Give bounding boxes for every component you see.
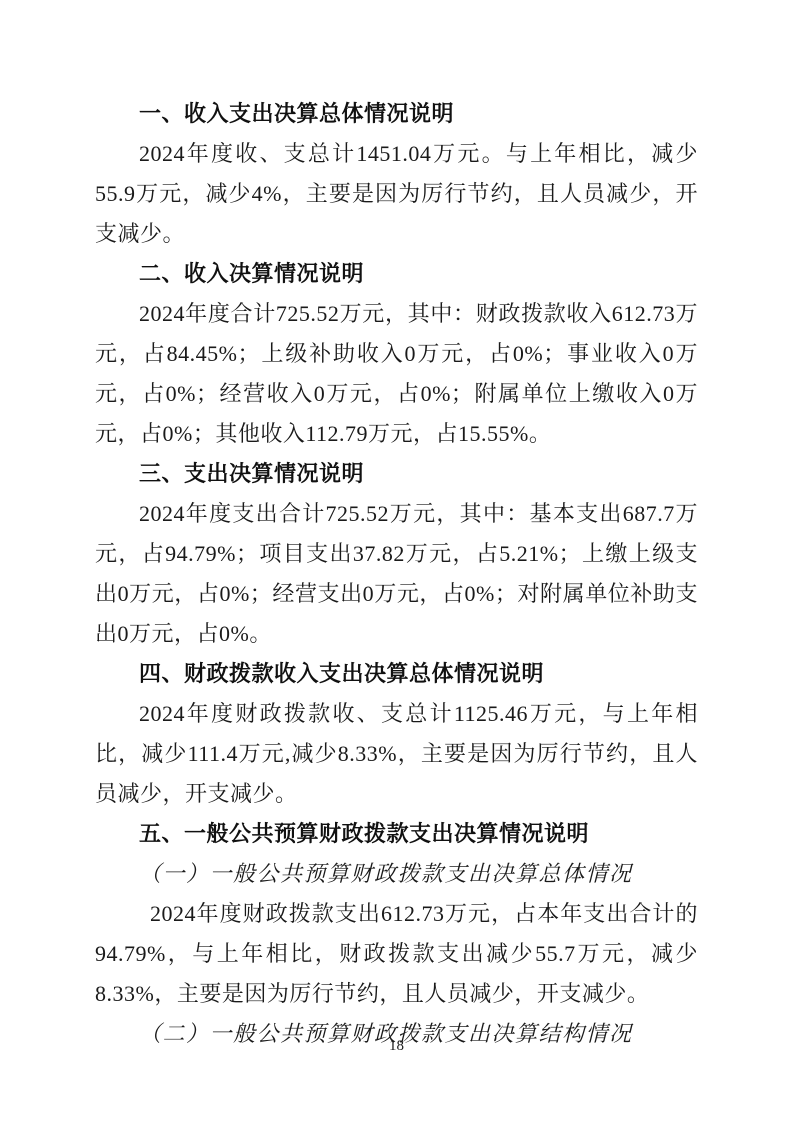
paragraph: 2024年度支出合计725.52万元，其中：基本支出687.7万元，占94.79… <box>95 494 698 654</box>
section-heading: 五、一般公共预算财政拨款支出决算情况说明 <box>95 814 698 854</box>
document-page: 一、收入支出决算总体情况说明2024年度收、支总计1451.04万元。与上年相比… <box>0 0 793 1122</box>
section-heading: 一、收入支出决算总体情况说明 <box>95 94 698 134</box>
paragraph: 2024年度财政拨款支出612.73万元，占本年支出合计的94.79%，与上年相… <box>95 894 698 1014</box>
paragraph: 2024年度收、支总计1451.04万元。与上年相比，减少55.9万元，减少4%… <box>95 134 698 254</box>
sub-heading: （一）一般公共预算财政拨款支出决算总体情况 <box>95 854 698 894</box>
section-heading: 三、支出决算情况说明 <box>95 454 698 494</box>
section-heading: 二、收入决算情况说明 <box>95 254 698 294</box>
page-number: 18 <box>0 1036 793 1056</box>
paragraph: 2024年度财政拨款收、支总计1125.46万元，与上年相比，减少111.4万元… <box>95 694 698 814</box>
paragraph: 2024年度合计725.52万元，其中：财政拨款收入612.73万元，占84.4… <box>95 294 698 454</box>
document-content: 一、收入支出决算总体情况说明2024年度收、支总计1451.04万元。与上年相比… <box>95 94 698 1054</box>
section-heading: 四、财政拨款收入支出决算总体情况说明 <box>95 654 698 694</box>
